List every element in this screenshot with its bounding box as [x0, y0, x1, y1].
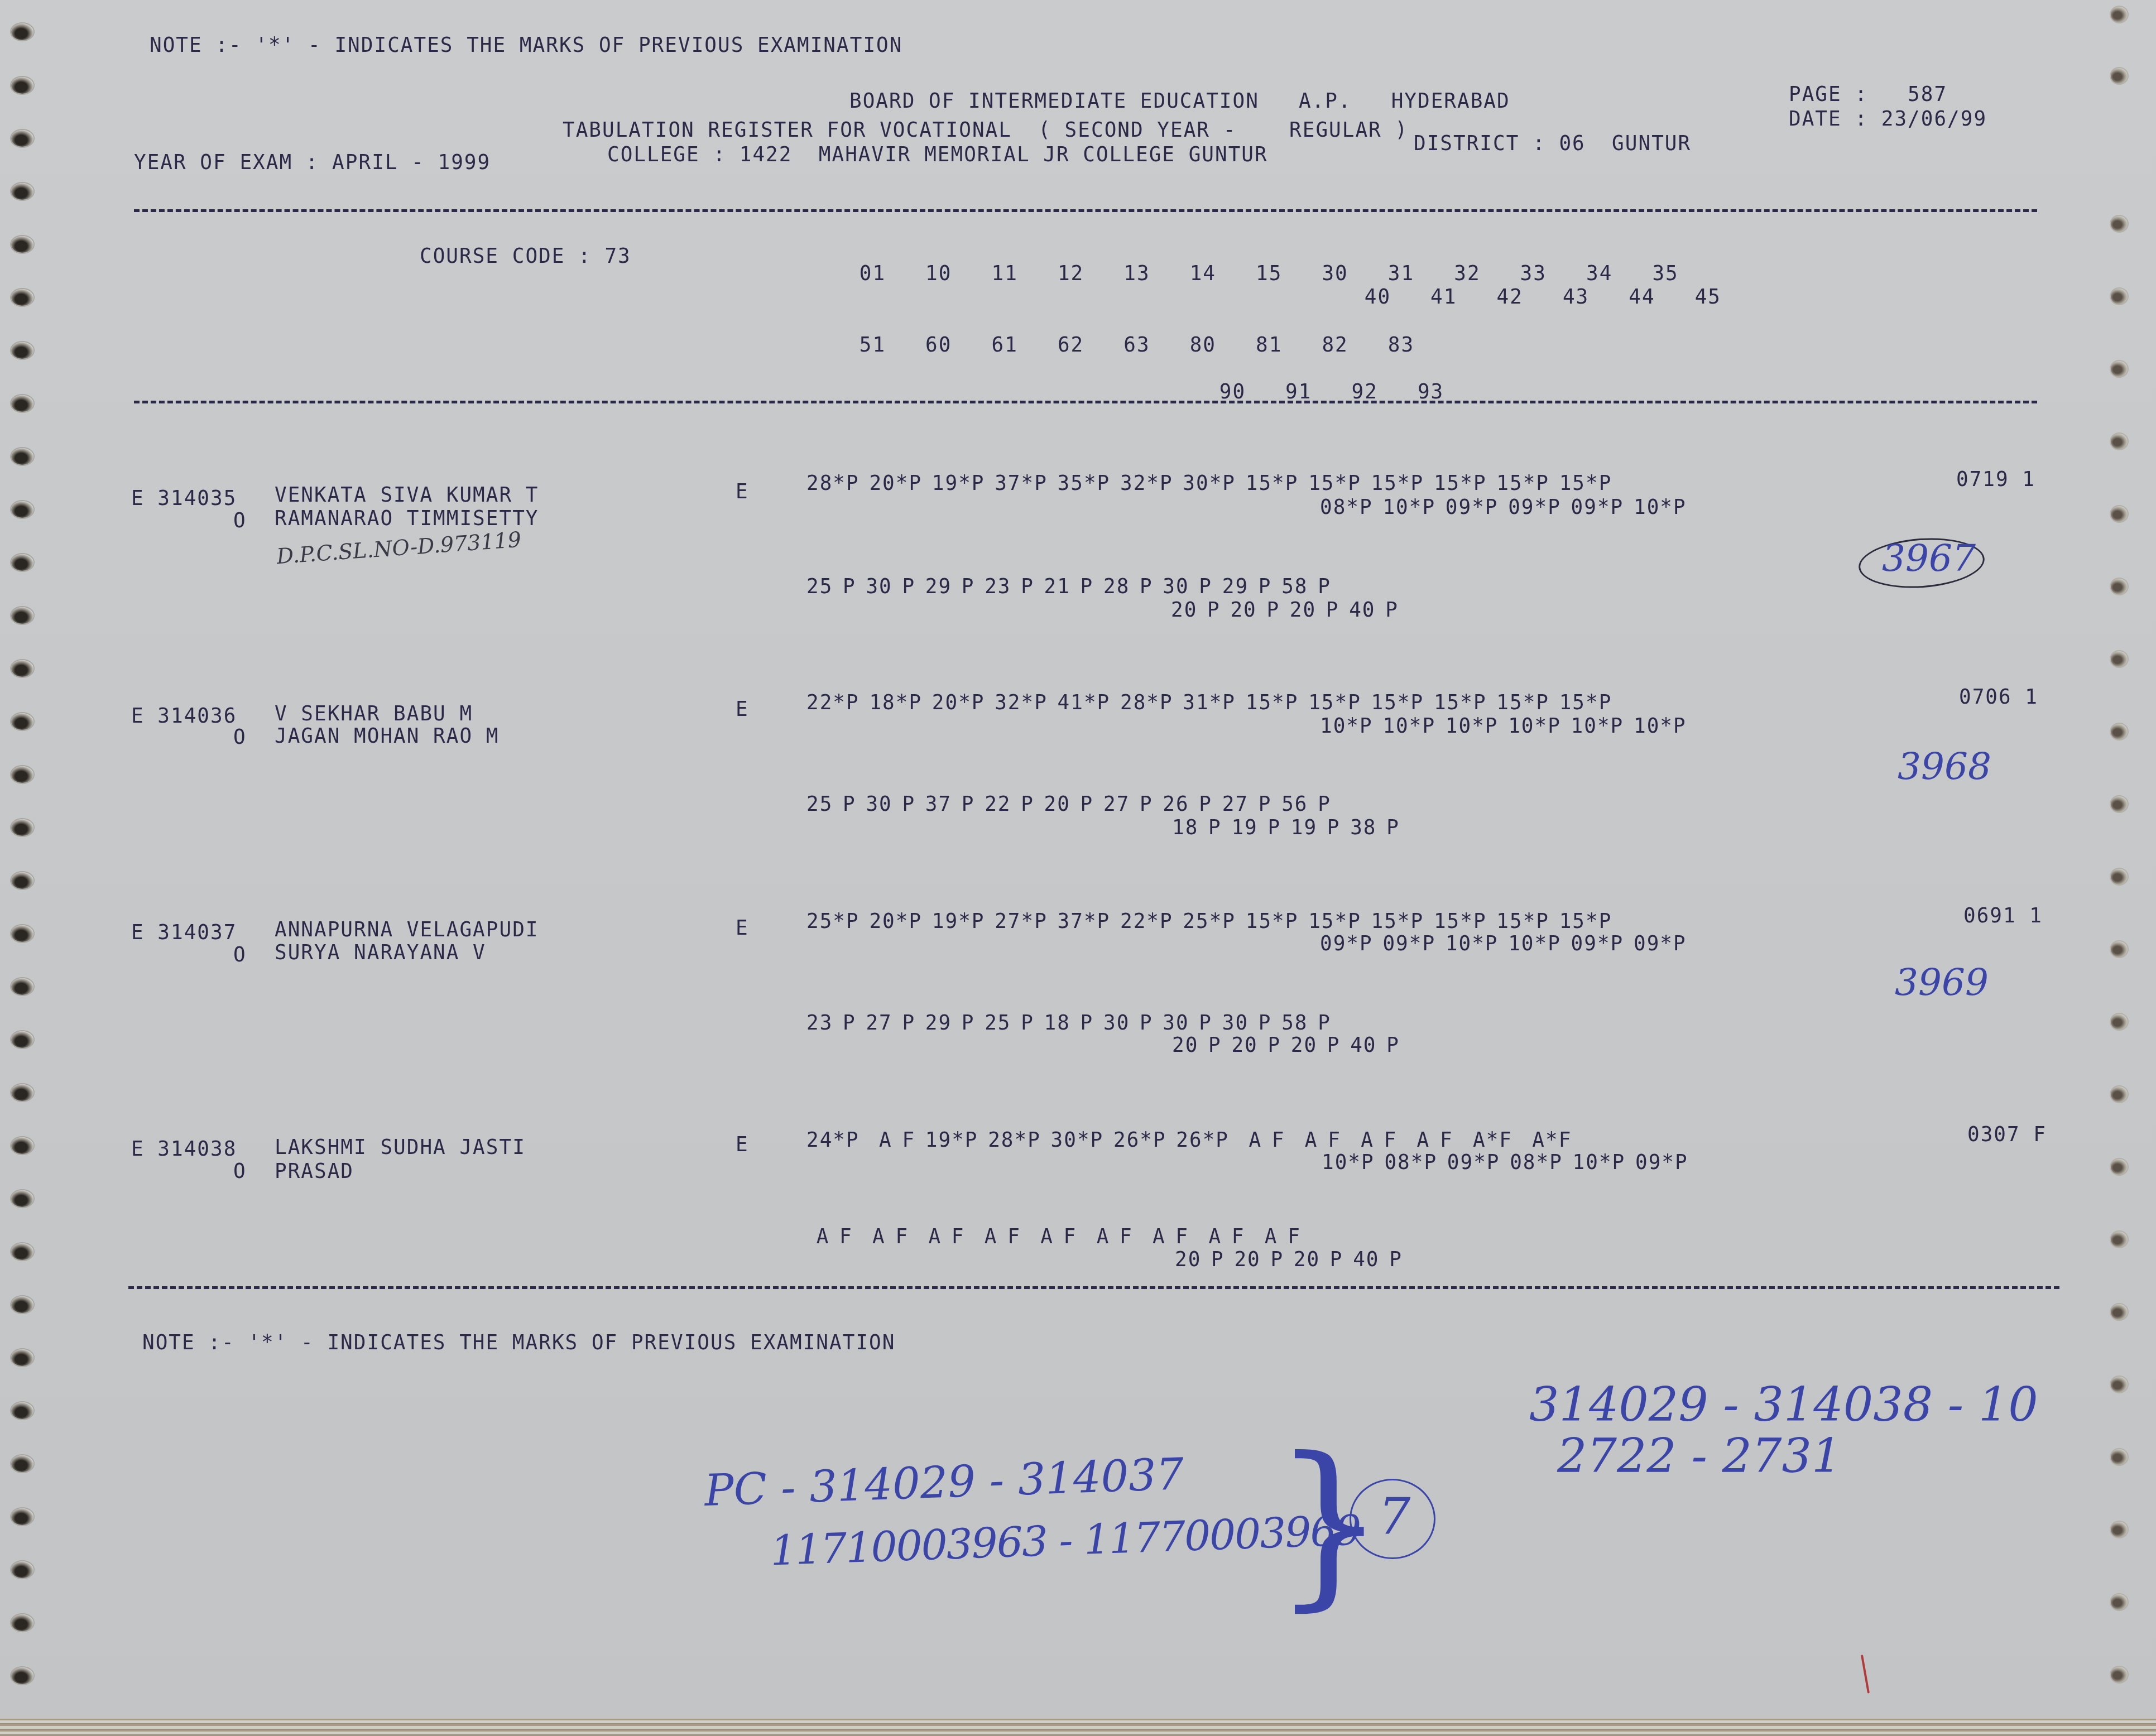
- subject-code: 12: [1058, 261, 1084, 285]
- father-prefix: O: [233, 725, 247, 749]
- course-subject-codes-row2b: 90 91 92 93: [1166, 355, 1444, 427]
- mark: 09*P: [1634, 931, 1687, 955]
- mark: A*F: [1523, 1128, 1572, 1152]
- mark: 28*P: [988, 1128, 1041, 1152]
- tabulation-register-page: NOTE :- '*' - INDICATES THE MARKS OF PRE…: [0, 0, 2156, 1719]
- tractor-hole: [2110, 940, 2129, 958]
- mark: 24*P: [806, 1128, 859, 1152]
- mark: 23 P: [985, 574, 1034, 598]
- mark: 26 P: [1163, 792, 1212, 816]
- tractor-hole: [11, 607, 33, 624]
- mark: 15*P: [1559, 471, 1612, 495]
- mark: 10*P: [1634, 714, 1687, 738]
- student-name: LAKSHMI SUDHA JASTI: [275, 1135, 526, 1159]
- page-value: 587: [1908, 82, 1947, 106]
- mark: A F: [974, 1224, 1021, 1248]
- subject-code: 15: [1256, 261, 1282, 285]
- mark: 15*P: [1246, 690, 1299, 714]
- subject-code: 91: [1285, 379, 1312, 403]
- mark: 58 P: [1281, 1011, 1331, 1035]
- mark: 20 P: [1172, 1033, 1222, 1057]
- mark: 09*P: [1571, 495, 1624, 519]
- tractor-hole: [11, 1667, 33, 1684]
- mark: 20 P: [1294, 1247, 1343, 1271]
- subject-code: 63: [1123, 333, 1150, 357]
- mark: 20 P: [1231, 1033, 1281, 1057]
- mark: 30 P: [1222, 1011, 1272, 1035]
- tractor-hole: [11, 77, 33, 94]
- mark: 25 P: [806, 792, 856, 816]
- marks-row-2: 25 P 30 P 37 P 22 P 20 P 27 P 26 P 27 P …: [806, 792, 1331, 816]
- mark: 58 P: [1281, 574, 1331, 598]
- mark: 22*P: [806, 690, 859, 714]
- tractor-hole: [11, 289, 33, 306]
- mark: 30 P: [1163, 574, 1212, 598]
- mark: 19*P: [932, 471, 985, 495]
- handwritten-count: 7: [1379, 1487, 1410, 1546]
- tractor-hole: [2110, 1303, 2129, 1321]
- mark: A F: [806, 1224, 853, 1248]
- tractor-hole: [2110, 868, 2129, 886]
- mark: A F: [862, 1224, 909, 1248]
- register-number: E 314038: [131, 1137, 237, 1161]
- tractor-hole: [11, 501, 33, 518]
- mark: 08*P: [1384, 1150, 1437, 1174]
- mark: 09*P: [1508, 495, 1561, 519]
- mark: 20*P: [869, 909, 922, 933]
- mark: 15*P: [1434, 909, 1487, 933]
- tractor-hole: [2110, 578, 2129, 595]
- mark: 15*P: [1246, 471, 1299, 495]
- total-marks: 0719 1: [1956, 467, 2035, 491]
- mark: 15*P: [1559, 690, 1612, 714]
- mark: A F: [1087, 1224, 1133, 1248]
- marks-row-1: 28*P 20*P 19*P 37*P 35*P 32*P 30*P 15*P …: [806, 471, 1612, 495]
- mark: 20 P: [1044, 792, 1094, 816]
- father-prefix: O: [233, 1159, 247, 1183]
- tractor-hole: [11, 395, 33, 412]
- mark: 15*P: [1434, 471, 1487, 495]
- register-number: E 314036: [131, 704, 237, 728]
- mark: 29 P: [925, 1011, 975, 1035]
- mark: 10*P: [1634, 495, 1687, 519]
- mark: 29 P: [925, 574, 975, 598]
- student-name: ANNAPURNA VELAGAPUDI: [275, 917, 539, 941]
- mark: 10*P: [1508, 714, 1561, 738]
- mark: 09*P: [1571, 931, 1624, 955]
- total-marks: 0691 1: [1963, 903, 2043, 927]
- tractor-hole: [11, 1455, 33, 1472]
- mark: 08*P: [1510, 1150, 1563, 1174]
- subject-code: 92: [1351, 379, 1377, 403]
- father-name: SURYA NARAYANA V: [275, 940, 486, 964]
- mark: 19 P: [1291, 815, 1341, 839]
- mark: 15*P: [1246, 909, 1299, 933]
- mark: A F: [1407, 1128, 1453, 1152]
- subject-code: 60: [925, 333, 952, 357]
- tractor-hole: [11, 236, 33, 253]
- mark: 10*P: [1446, 931, 1499, 955]
- mark: 32*P: [1120, 471, 1173, 495]
- subject-code: 11: [991, 261, 1017, 285]
- mark: A F: [1199, 1224, 1245, 1248]
- subject-code: 82: [1322, 333, 1348, 357]
- mark: 15*P: [1308, 690, 1361, 714]
- father-prefix: O: [233, 508, 247, 532]
- mark: 15*P: [1371, 909, 1424, 933]
- mark: 15*P: [1371, 471, 1424, 495]
- mark: 30*P: [1183, 471, 1236, 495]
- subject-code: 14: [1190, 261, 1216, 285]
- mark: 37 P: [925, 792, 975, 816]
- tractor-hole: [11, 448, 33, 465]
- mark: 10*P: [1322, 1150, 1375, 1174]
- tractor-hole: [11, 978, 33, 995]
- father-name: RAMANARAO TIMMISETTY: [275, 506, 539, 530]
- mark: 40 P: [1349, 598, 1399, 622]
- mark: 18*P: [869, 690, 922, 714]
- mark: 10*P: [1382, 495, 1435, 519]
- mark: A F: [869, 1128, 915, 1152]
- tractor-hole: [11, 1243, 33, 1260]
- tractor-hole: [2110, 1013, 2129, 1031]
- mark: A F: [1031, 1224, 1077, 1248]
- mark: 18 P: [1172, 815, 1222, 839]
- mark: 15*P: [1496, 690, 1549, 714]
- tractor-hole: [2110, 1230, 2129, 1248]
- tractor-hole: [2110, 650, 2129, 668]
- marks-row-1: 22*P 18*P 20*P 32*P 41*P 28*P 31*P 15*P …: [806, 690, 1612, 714]
- mark: A F: [919, 1224, 965, 1248]
- mark: 40 P: [1350, 1033, 1400, 1057]
- subject-code: 93: [1418, 379, 1444, 403]
- date-label: DATE :: [1789, 107, 1881, 131]
- subject-code: 61: [991, 333, 1017, 357]
- mark: 22 P: [985, 792, 1034, 816]
- course-code: COURSE CODE : 73: [420, 244, 631, 268]
- mark: 29 P: [1222, 574, 1272, 598]
- mark: 30 P: [1103, 1011, 1153, 1035]
- note-bottom: NOTE :- '*' - INDICATES THE MARKS OF PRE…: [142, 1330, 895, 1354]
- handwritten-pc-range: PC - 314029 - 314037: [704, 1449, 1185, 1516]
- student-name: VENKATA SIVA KUMAR T: [275, 483, 539, 507]
- district: DISTRICT : 06 GUNTUR: [1414, 131, 1691, 155]
- divider-line: [128, 1286, 2059, 1289]
- tractor-hole: [2110, 215, 2129, 233]
- tractor-hole: [11, 183, 33, 200]
- mark: 19 P: [1231, 815, 1281, 839]
- mark: 25*P: [1183, 909, 1236, 933]
- marks-row-1b: 10*P 08*P 09*P 08*P 10*P 09*P: [1322, 1150, 1688, 1174]
- subject-code: 44: [1629, 285, 1655, 309]
- mark: 20*P: [932, 690, 985, 714]
- page-number: PAGE : 587: [1789, 82, 1947, 106]
- mark: 40 P: [1353, 1247, 1403, 1271]
- marks-row-2b: 20 P 20 P 20 P 40 P: [1175, 1247, 1403, 1271]
- tractor-hole: [2110, 505, 2129, 523]
- mark: 20 P: [1234, 1247, 1284, 1271]
- mark: A F: [1351, 1128, 1398, 1152]
- mark: 25 P: [806, 574, 856, 598]
- marks-row-2b: 20 P 20 P 20 P 40 P: [1171, 598, 1399, 622]
- mark: 32*P: [995, 690, 1048, 714]
- mark: 20 P: [1291, 1033, 1341, 1057]
- register-number: E 314037: [131, 920, 237, 944]
- mark: 20 P: [1175, 1247, 1225, 1271]
- tractor-hole: [11, 1614, 33, 1631]
- mark: 20*P: [869, 471, 922, 495]
- mark: 56 P: [1281, 792, 1331, 816]
- tractor-hole: [11, 23, 33, 40]
- page-label: PAGE :: [1789, 82, 1868, 106]
- college-name: COLLEGE : 1422 MAHAVIR MEMORIAL JR COLLE…: [607, 142, 1268, 166]
- medium: E: [736, 479, 749, 503]
- mark: 19*P: [932, 909, 985, 933]
- handwritten-dpc-note: D.P.C.SL.NO-D.973119: [276, 527, 522, 569]
- mark: 09*P: [1635, 1150, 1688, 1174]
- mark: 20 P: [1230, 598, 1280, 622]
- tractor-hole: [2110, 1521, 2129, 1538]
- mark: 09*P: [1320, 931, 1373, 955]
- tractor-hole: [11, 1084, 33, 1101]
- mark: 10*P: [1508, 931, 1561, 955]
- father-name: PRASAD: [275, 1159, 354, 1183]
- mark: 25 P: [985, 1011, 1034, 1035]
- tractor-hole: [11, 660, 33, 677]
- tractor-hole: [2110, 1666, 2129, 1684]
- mark: 22*P: [1120, 909, 1173, 933]
- medium: E: [736, 697, 749, 721]
- mark: 10*P: [1573, 1150, 1626, 1174]
- mark: 38 P: [1350, 815, 1400, 839]
- tractor-hole: [2110, 1593, 2129, 1611]
- mark: A*F: [1463, 1128, 1512, 1152]
- mark: 27 P: [1103, 792, 1153, 816]
- mark: 15*P: [1308, 909, 1361, 933]
- mark: 15*P: [1308, 471, 1361, 495]
- handwritten-serial-number: 3969: [1895, 961, 1989, 1004]
- mark: 31*P: [1183, 690, 1236, 714]
- mark: 27 P: [866, 1011, 915, 1035]
- tractor-hole: [2110, 1085, 2129, 1103]
- marks-row-2b: 18 P 19 P 19 P 38 P: [1172, 815, 1400, 839]
- tractor-hole: [2110, 795, 2129, 813]
- marks-row-2: 23 P 27 P 29 P 25 P 18 P 30 P 30 P 30 P …: [806, 1011, 1331, 1035]
- mark: 41*P: [1058, 690, 1111, 714]
- mark: 27*P: [995, 909, 1048, 933]
- date-value: 23/06/99: [1881, 107, 1987, 131]
- medium: E: [736, 916, 749, 940]
- mark: 15*P: [1434, 690, 1487, 714]
- tractor-hole: [11, 1137, 33, 1154]
- mark: 09*P: [1447, 1150, 1500, 1174]
- mark: 25*P: [806, 909, 859, 933]
- divider-line: [134, 209, 2037, 212]
- print-date: DATE : 23/06/99: [1789, 107, 1987, 131]
- mark: 26*P: [1176, 1128, 1229, 1152]
- divider-line: [134, 401, 2037, 403]
- handwritten-serial-number: 3967: [1882, 537, 1976, 580]
- note-top: NOTE :- '*' - INDICATES THE MARKS OF PRE…: [150, 33, 902, 57]
- paper-stack-edge: [0, 1719, 2156, 1736]
- mark: 09*P: [1382, 931, 1435, 955]
- mark: 10*P: [1320, 714, 1373, 738]
- mark: 28*P: [1120, 690, 1173, 714]
- marks-row-1b: 08*P 10*P 09*P 09*P 09*P 10*P: [1320, 495, 1687, 519]
- tractor-hole: [11, 1402, 33, 1419]
- tractor-hole: [2110, 287, 2129, 305]
- medium: E: [736, 1132, 749, 1156]
- subject-code: 41: [1430, 285, 1457, 309]
- total-marks: 0307 F: [1967, 1122, 2047, 1146]
- tractor-hole: [11, 1190, 33, 1207]
- subject-code: 42: [1496, 285, 1523, 309]
- register-title: TABULATION REGISTER FOR VOCATIONAL ( SEC…: [563, 118, 1408, 142]
- tractor-hole: [11, 766, 33, 783]
- tractor-hole: [11, 1296, 33, 1313]
- subject-code: 80: [1190, 333, 1216, 357]
- mark: 10*P: [1382, 714, 1435, 738]
- mark: 15*P: [1496, 909, 1549, 933]
- mark: 21 P: [1044, 574, 1094, 598]
- tractor-hole: [11, 713, 33, 730]
- tractor-hole: [11, 1508, 33, 1525]
- mark: 30 P: [866, 792, 915, 816]
- subject-code: 83: [1388, 333, 1414, 357]
- tractor-hole: [2110, 432, 2129, 450]
- tractor-hole: [11, 872, 33, 889]
- year-of-exam: YEAR OF EXAM : APRIL - 1999: [134, 150, 491, 174]
- tractor-hole: [11, 342, 33, 359]
- tractor-hole: [11, 1031, 33, 1048]
- mark: 18 P: [1044, 1011, 1094, 1035]
- marks-row-1: 24*P A F 19*P 28*P 30*P 26*P 26*P A F A …: [806, 1128, 1572, 1152]
- register-number: E 314035: [131, 486, 237, 510]
- mark: 30 P: [1163, 1011, 1212, 1035]
- mark: 08*P: [1320, 495, 1373, 519]
- subject-code: 40: [1365, 285, 1391, 309]
- mark: 37*P: [1058, 909, 1111, 933]
- subject-code: 51: [859, 333, 886, 357]
- subject-code: 43: [1563, 285, 1589, 309]
- marks-row-2: A F A F A F A F A F A F A F A F A F: [806, 1224, 1301, 1248]
- pen-mark: [1861, 1655, 1870, 1694]
- tractor-hole: [11, 819, 33, 836]
- marks-row-1b: 09*P 09*P 10*P 10*P 09*P 09*P: [1320, 931, 1687, 955]
- subject-code: 90: [1219, 379, 1246, 403]
- mark: 30*P: [1051, 1128, 1104, 1152]
- mark: 30 P: [866, 574, 915, 598]
- subject-code: 10: [925, 261, 952, 285]
- tractor-hole: [2110, 1376, 2129, 1393]
- subject-code: 62: [1058, 333, 1084, 357]
- tractor-hole: [2110, 6, 2129, 23]
- mark: 27 P: [1222, 792, 1272, 816]
- mark: A F: [1255, 1224, 1301, 1248]
- mark: 23 P: [806, 1011, 856, 1035]
- handwritten-register-range: 314029 - 314038 - 10: [1529, 1377, 2038, 1432]
- mark: A F: [1142, 1224, 1189, 1248]
- marks-row-1b: 10*P 10*P 10*P 10*P 10*P 10*P: [1320, 714, 1687, 738]
- marks-row-1: 25*P 20*P 19*P 27*P 37*P 22*P 25*P 15*P …: [806, 909, 1612, 933]
- tractor-hole: [2110, 1448, 2129, 1466]
- handwritten-serial-number: 3968: [1898, 745, 1991, 788]
- total-marks: 0706 1: [1959, 685, 2038, 709]
- tractor-hole: [2110, 723, 2129, 740]
- tractor-hole: [11, 925, 33, 942]
- mark: 28 P: [1103, 574, 1153, 598]
- mark: 20 P: [1171, 598, 1221, 622]
- subject-code: 01: [859, 261, 886, 285]
- tractor-hole: [2110, 67, 2129, 85]
- tractor-hole: [2110, 1158, 2129, 1176]
- subject-code: 81: [1256, 333, 1282, 357]
- handwritten-serial-range: 2722 - 2731: [1557, 1429, 1841, 1483]
- mark: 10*P: [1571, 714, 1624, 738]
- mark: 19*P: [925, 1128, 978, 1152]
- tractor-hole: [11, 130, 33, 147]
- student-name: V SEKHAR BABU M: [275, 701, 473, 725]
- marks-row-2b: 20 P 20 P 20 P 40 P: [1172, 1033, 1400, 1057]
- father-prefix: O: [233, 942, 247, 966]
- tractor-hole: [11, 1349, 33, 1366]
- father-name: JAGAN MOHAN RAO M: [275, 724, 499, 748]
- subject-code: 13: [1123, 261, 1150, 285]
- mark: 37*P: [995, 471, 1048, 495]
- mark: 15*P: [1559, 909, 1612, 933]
- subject-code: 45: [1695, 285, 1721, 309]
- mark: A F: [1239, 1128, 1285, 1152]
- mark: A F: [1295, 1128, 1341, 1152]
- mark: 15*P: [1371, 690, 1424, 714]
- mark: 09*P: [1446, 495, 1499, 519]
- mark: 28*P: [806, 471, 859, 495]
- tractor-hole: [11, 554, 33, 571]
- mark: 35*P: [1058, 471, 1111, 495]
- tractor-hole: [2110, 360, 2129, 378]
- board-title: BOARD OF INTERMEDIATE EDUCATION A.P. HYD…: [849, 89, 1510, 113]
- mark: 10*P: [1446, 714, 1499, 738]
- mark: 26*P: [1113, 1128, 1166, 1152]
- tractor-hole: [11, 1561, 33, 1578]
- marks-row-2: 25 P 30 P 29 P 23 P 21 P 28 P 30 P 29 P …: [806, 574, 1331, 598]
- mark: 20 P: [1290, 598, 1339, 622]
- mark: 15*P: [1496, 471, 1549, 495]
